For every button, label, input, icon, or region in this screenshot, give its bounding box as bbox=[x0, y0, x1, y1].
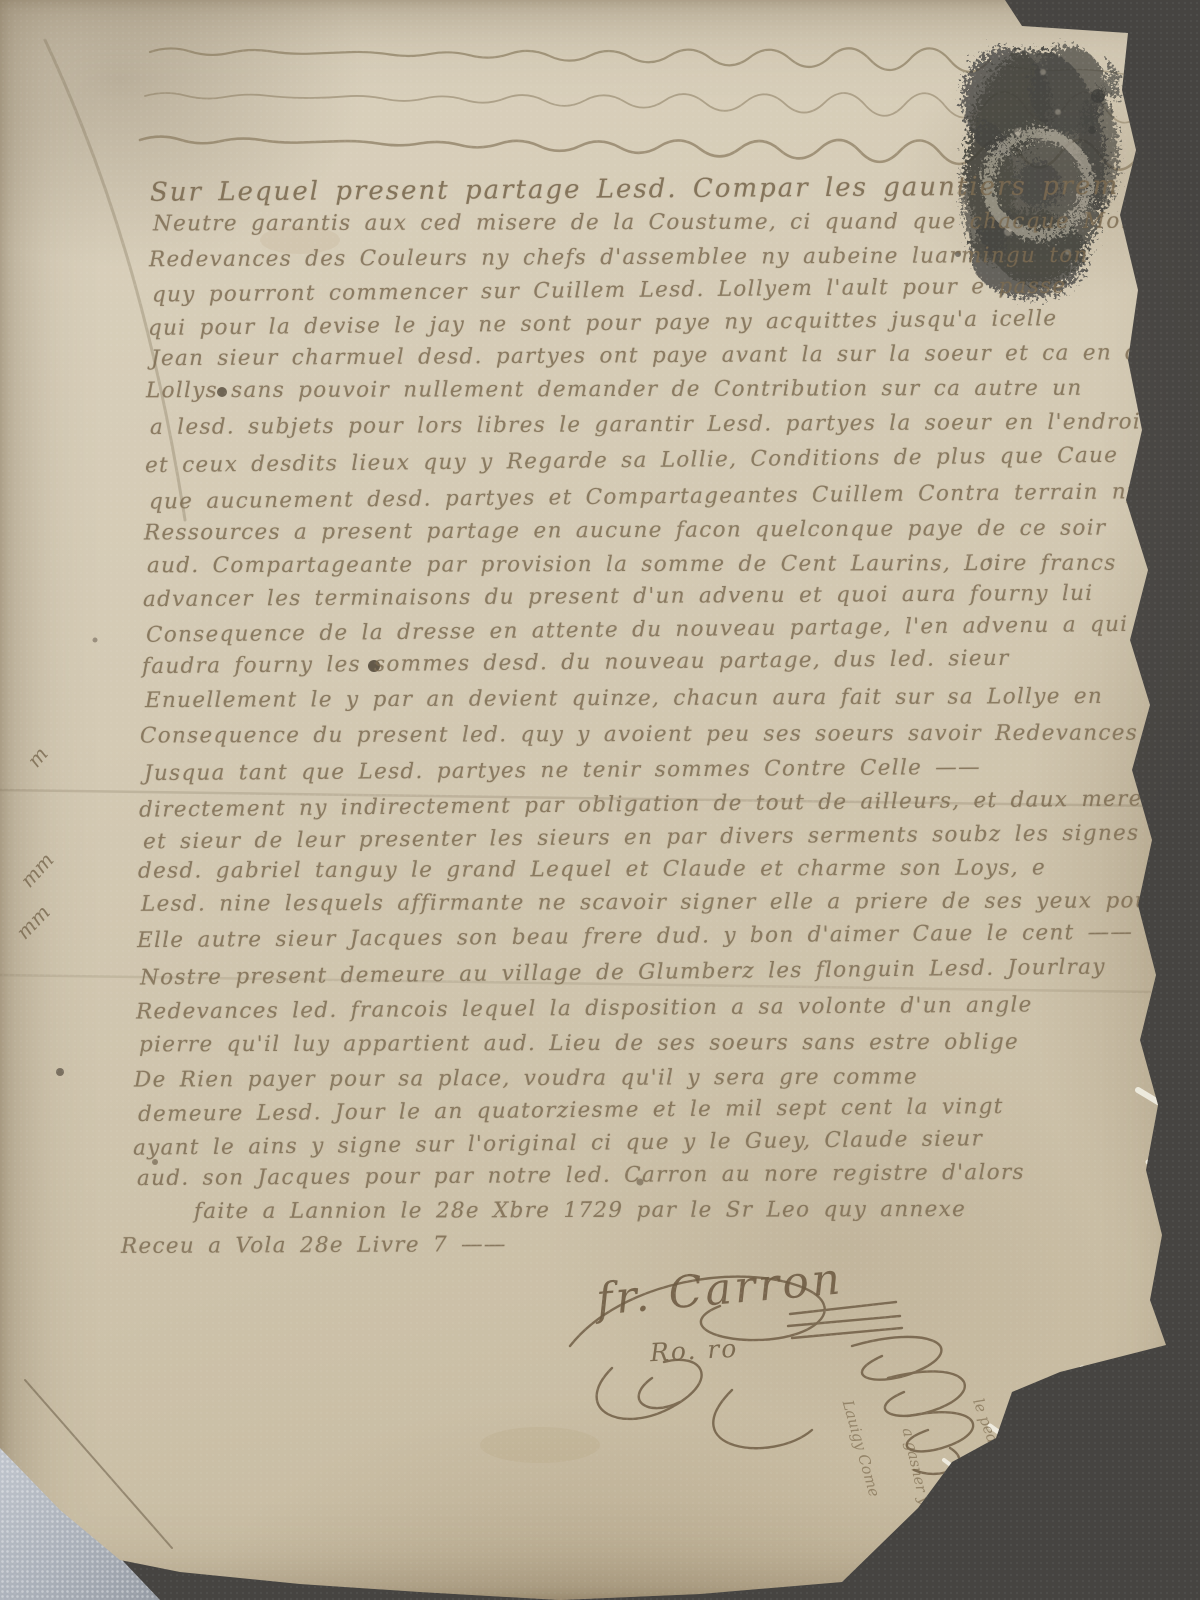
manuscript-line: a lesd. subjets pour lors libres le gara… bbox=[150, 411, 1200, 438]
manuscript-line: qui pour la devise le jay ne sont pour p… bbox=[148, 308, 1058, 339]
document-paper: Sur Lequel present partage Lesd. Compar … bbox=[0, 0, 1200, 1600]
manuscript-line: quy pourront commencer sur Cuillem Lesd.… bbox=[152, 276, 1067, 307]
manuscript-line: Ressources a present partage en aucune f… bbox=[144, 518, 1107, 544]
manuscript-line: pierre qu'il luy appartient aud. Lieu de… bbox=[139, 1032, 1019, 1056]
manuscript-line: Consequence de la dresse en attente du n… bbox=[146, 613, 1187, 646]
manuscript-line: Receu a Vola 28e Livre 7 —— bbox=[121, 1234, 507, 1257]
manuscript-line: et ceux desdits lieux quy y Regarde sa L… bbox=[145, 445, 1118, 477]
manuscript-line: aud. son Jacques pour par notre led. Car… bbox=[137, 1162, 1025, 1190]
manuscript-line: advancer les terminaisons du present d'u… bbox=[143, 583, 1094, 611]
manuscript-line: Nostre present demeure au village de Glu… bbox=[140, 956, 1106, 988]
manuscript-line: faite a Lannion le 28e Xbre 1729 par le … bbox=[194, 1199, 966, 1223]
manuscript-line: Jusqua tant que Lesd. partyes ne tenir s… bbox=[144, 756, 981, 784]
manuscript-line: Sur Lequel present partage Lesd. Compar … bbox=[150, 172, 1200, 205]
manuscript-line: aud. Compartageante par provision la som… bbox=[147, 552, 1117, 576]
side-annotation: le pedrig bbox=[969, 1396, 1009, 1466]
manuscript-line: Jean sieur charmuel desd. partyes ont pa… bbox=[151, 342, 1200, 370]
topleft-crease bbox=[45, 40, 185, 520]
manuscript-line: Redevances led. francois lequel la dispo… bbox=[136, 994, 1033, 1023]
manuscript-line: que aucunement desd. partyes et Comparta… bbox=[149, 480, 1200, 512]
top-rule-1 bbox=[150, 40, 990, 72]
manuscript-line: De Rien payer pour sa place, voudra qu'i… bbox=[134, 1066, 918, 1091]
notary-signature: fr. Carron bbox=[594, 1253, 845, 1325]
manuscript-line: desd. gabriel tanguy le grand Lequel et … bbox=[138, 858, 1046, 883]
manuscript-line: Lesd. nine lesquels affirmante ne scavoi… bbox=[141, 890, 1162, 915]
manuscript-line: ayant le ains y signe sur l'original ci … bbox=[133, 1128, 983, 1159]
manuscript-line: Redevances des Couleurs ny chefs d'assem… bbox=[149, 245, 1089, 271]
manuscript-line: Lollys sans pouvoir nullement demander d… bbox=[146, 377, 1083, 401]
manuscript-line: faudra fourny les sommes desd. du nouvea… bbox=[142, 648, 1010, 678]
margin-mark: m bbox=[22, 742, 53, 772]
manuscript-line: demeure Lesd. Jour le an quatorziesme et… bbox=[138, 1096, 1004, 1125]
photo-scene: Sur Lequel present partage Lesd. Compar … bbox=[0, 0, 1200, 1600]
margin-mark: mm bbox=[11, 900, 55, 944]
manuscript-line: et sieur de leur presenter les sieurs en… bbox=[143, 823, 1140, 853]
manuscript-line: Elle autre sieur Jacques son beau frere … bbox=[137, 922, 1133, 952]
manuscript-line: Neutre garantis aux ced misere de la Cou… bbox=[153, 211, 1177, 235]
side-annotation: Lauigy Come bbox=[839, 1398, 884, 1499]
manuscript-line: directement ny indirectement par obligat… bbox=[139, 788, 1143, 821]
paper-hole bbox=[1006, 1430, 1020, 1444]
registrar-mark: Ro. ro bbox=[649, 1334, 739, 1368]
manuscript-line: Consequence du present led. quy y avoien… bbox=[140, 722, 1138, 746]
manuscript-line: Enuellement le y par an devient quinze, … bbox=[145, 686, 1103, 712]
margin-mark: mm bbox=[15, 848, 58, 892]
side-annotation: a gasner y por bbox=[898, 1426, 940, 1537]
